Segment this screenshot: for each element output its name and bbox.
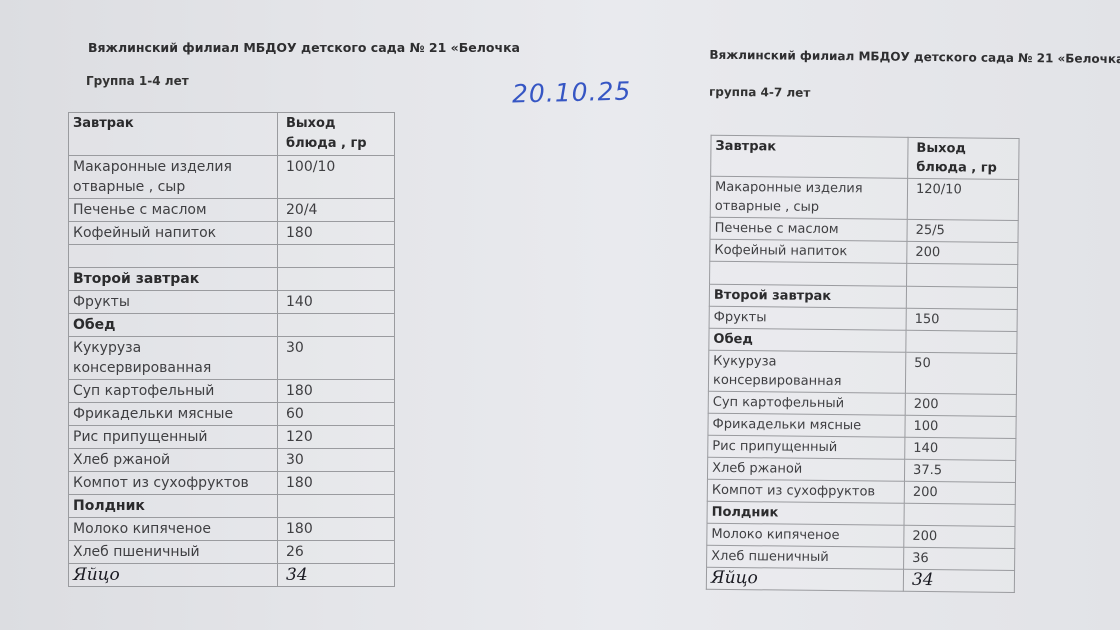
menu-sheet-older-group: Вяжлинский филиал МБДОУ детского сада № … xyxy=(633,0,1120,630)
table-row: Фрикадельки мясные60 xyxy=(69,403,395,426)
table-row: Макаронные изделия отварные , сыр100/10 xyxy=(69,156,395,199)
table-row: Компот из сухофруктов180 xyxy=(69,472,395,495)
table-row: Молоко кипяченое180 xyxy=(69,518,395,541)
table-row: Хлеб пшеничный36 xyxy=(707,545,1015,570)
handwritten-row: Яйцо34 xyxy=(69,564,395,587)
org-title: Вяжлинский филиал МБДОУ детского сада № … xyxy=(88,40,520,55)
table-row: Рис припущенный120 xyxy=(69,426,395,449)
header-yield: Выход блюда , гр xyxy=(278,113,395,156)
table-row: Макаронные изделия отварные , сыр120/10 xyxy=(710,176,1018,220)
table-row: Печенье с маслом25/5 xyxy=(710,217,1018,242)
table-row: Суп картофельный200 xyxy=(708,391,1016,416)
table-header-row: Завтрак Выход блюда , гр xyxy=(69,113,395,156)
table-row: Кофейный напиток180 xyxy=(69,222,395,245)
table-header-row: Завтрак Выход блюда , гр xyxy=(711,135,1019,179)
table-row: Молоко кипяченое200 xyxy=(707,523,1015,548)
menu-table: Завтрак Выход блюда , гр Макаронные изде… xyxy=(706,135,1020,593)
section-row: Полдник xyxy=(707,501,1015,526)
table-row: Суп картофельный180 xyxy=(69,380,395,403)
header-dish: Завтрак xyxy=(69,113,278,156)
table-row: Хлеб ржаной30 xyxy=(69,449,395,472)
table-row: Хлеб ржаной37.5 xyxy=(707,457,1015,482)
group-label: группа 4-7 лет xyxy=(709,85,810,100)
empty-row xyxy=(69,245,395,268)
table-row: Печенье с маслом20/4 xyxy=(69,199,395,222)
header-yield: Выход блюда , гр xyxy=(908,137,1019,179)
org-title: Вяжлинский филиал МБДОУ детского сада № … xyxy=(709,48,1120,66)
section-row: Второй завтрак xyxy=(69,268,395,291)
handwritten-date: 20.10.25 xyxy=(512,76,632,108)
menu-sheet-younger-group: Вяжлинский филиал МБДОУ детского сада № … xyxy=(0,0,560,630)
table-row: Кукуруза консервированная30 xyxy=(69,337,395,380)
table-row: Фрукты140 xyxy=(69,291,395,314)
empty-row xyxy=(710,261,1018,287)
table-row: Кофейный напиток200 xyxy=(710,239,1018,264)
section-row: Полдник xyxy=(69,495,395,518)
section-row: Обед xyxy=(709,328,1017,353)
handwritten-row: Яйцо34 xyxy=(706,567,1014,592)
table-row: Фрикадельки мясные100 xyxy=(708,413,1016,438)
menu-table: Завтрак Выход блюда , гр Макаронные изде… xyxy=(68,112,395,587)
header-dish: Завтрак xyxy=(711,135,908,178)
section-row: Второй завтрак xyxy=(709,284,1017,309)
section-row: Обед xyxy=(69,314,395,337)
table-row: Хлеб пшеничный26 xyxy=(69,541,395,564)
table-row: Фрукты150 xyxy=(709,306,1017,331)
group-label: Группа 1-4 лет xyxy=(86,74,189,88)
table-row: Рис припущенный140 xyxy=(708,435,1016,460)
table-row: Кукуруза консервированная50 xyxy=(708,350,1016,394)
table-row: Компот из сухофруктов200 xyxy=(707,479,1015,504)
